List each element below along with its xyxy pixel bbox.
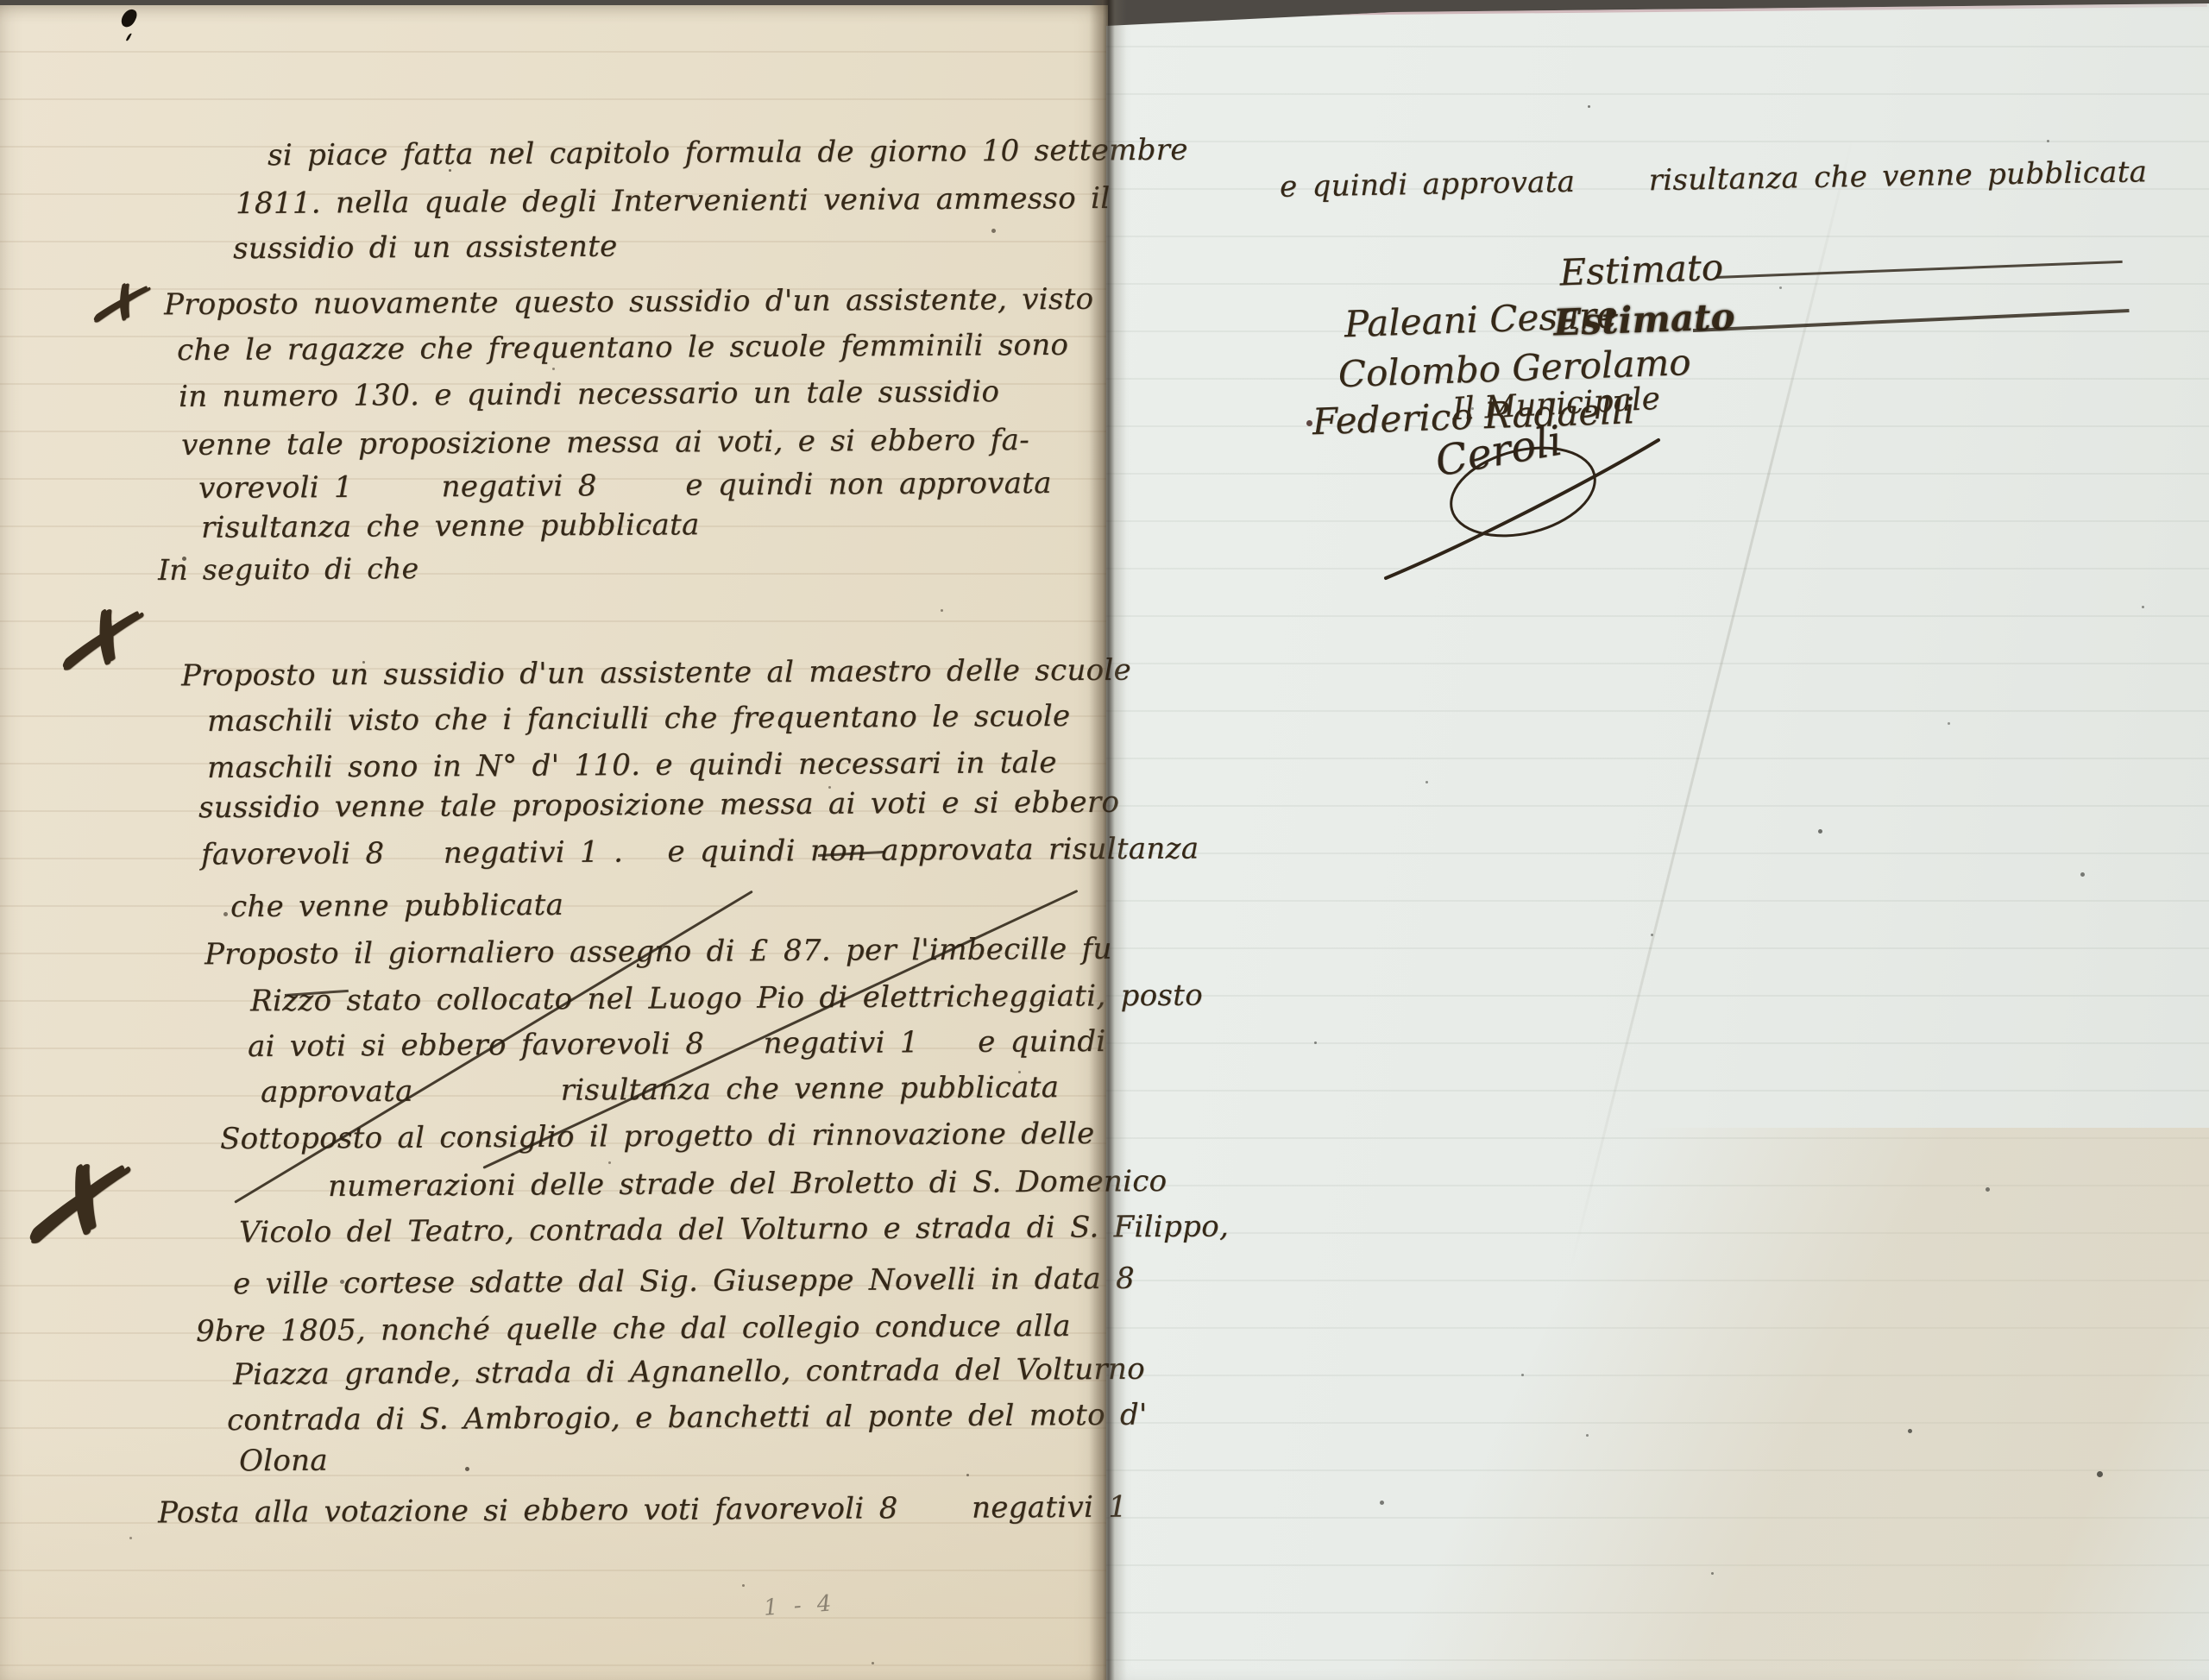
- manuscript-line: si piace fatta nel capitolo formula de g…: [267, 133, 1188, 173]
- manuscript-line: Olona: [239, 1444, 328, 1479]
- manuscript-line: 9bre 1805, nonché quelle che dal collegi…: [196, 1309, 1071, 1349]
- closing-line: Posta alla votazione si ebbero voti favo…: [158, 1490, 1127, 1531]
- manuscript-line: Sottoposto al consiglio il progetto di r…: [220, 1117, 1095, 1156]
- pencil-page-note: 1 - 4: [763, 1590, 836, 1621]
- page-bottom-discoloration: [0, 1421, 1108, 1680]
- margin-cross-icon: ✗: [11, 1140, 129, 1274]
- signature-title: Estimato: [1559, 246, 1724, 294]
- manuscript-line: Proposto un sussidio d'un assistente al …: [181, 653, 1131, 694]
- manuscript-line: che le ragazze che frequentano le scuole…: [177, 328, 1068, 368]
- manuscript-line: risultanza che venne pubblicata: [201, 507, 700, 545]
- manuscript-line: Piazza grande, strada di Agnanello, cont…: [233, 1352, 1145, 1392]
- manuscript-line: Vicolo del Teatro, contrada del Volturno…: [239, 1209, 1229, 1249]
- page-tear-edge: [1113, 3, 2207, 17]
- manuscript-line-struck: Rizzo stato collocato nel Luogo Pio di e…: [250, 978, 1203, 1019]
- manuscript-photo: si piace fatta nel capitolo formula de g…: [0, 0, 2209, 1680]
- manuscript-line-struck: ai voti si ebbero favorevoli 8 negativi …: [248, 1024, 1106, 1064]
- ink-blot: [119, 7, 139, 29]
- manuscript-line: Proposto nuovamente questo sussidio d'un…: [164, 282, 1094, 323]
- manuscript-line: che venne pubblicata: [230, 888, 563, 924]
- manuscript-aside: In seguito di che: [158, 551, 419, 587]
- manuscript-line: numerazioni delle strade del Broletto di…: [328, 1164, 1167, 1204]
- manuscript-line: contrada di S. Ambrogio, e banchetti al …: [227, 1398, 1148, 1438]
- manuscript-line: e ville cortese sdatte dal Sig. Giuseppe…: [233, 1262, 1135, 1301]
- corner-discoloration-band: [1346, 1128, 2209, 1680]
- manuscript-line: maschili visto che i fanciulli che frequ…: [207, 699, 1071, 739]
- margin-cross-icon: ✗: [47, 588, 142, 695]
- signature-title: Estimato: [1553, 295, 1736, 343]
- manuscript-line: sussidio di un assistente: [233, 230, 618, 267]
- manuscript-line: in numero 130. e quindi necessario un ta…: [179, 374, 999, 414]
- manuscript-line: maschili sono in N° d' 110. e quindi nec…: [207, 746, 1057, 785]
- manuscript-line: vorevoli 1 negativi 8 e quindi non appro…: [198, 466, 1052, 506]
- manuscript-line: 1811. nella quale degli Intervenienti ve…: [236, 181, 1111, 221]
- manuscript-line-struck: approvata risultanza che venne pubblicat…: [261, 1070, 1060, 1110]
- manuscript-line: sussidio venne tale proposizione messa a…: [198, 785, 1119, 826]
- ink-specks: [1106, 0, 1109, 3]
- manuscript-line: favorevoli 8 negativi 1 . e quindi non a…: [201, 831, 1199, 871]
- ink-specks: [0, 5, 3, 8]
- manuscript-line: venne tale proposizione messa ai voti, e…: [181, 423, 1029, 462]
